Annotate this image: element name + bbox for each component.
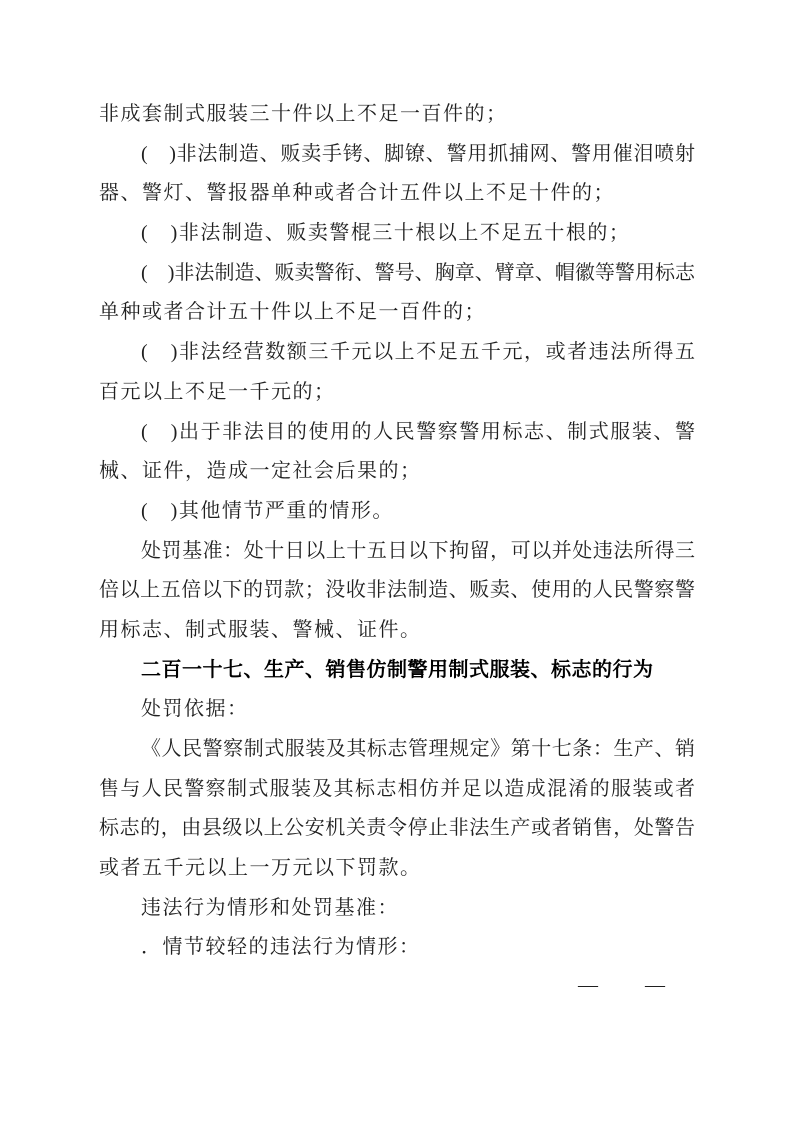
text-line: 售与人民警察制式服装及其标志相仿并足以造成混淆的服装或者 (99, 770, 695, 810)
document-page: 非成套制式服装三十件以上不足一百件的；( )非法制造、贩卖手铐、脚镣、警用抓捕网… (0, 0, 793, 1122)
text-line: ．情节较轻的违法行为情形： (99, 928, 695, 968)
text-line: 处罚基准：处十日以上十五日以下拘留，可以并处违法所得三 (99, 532, 695, 572)
text-line: 单种或者合计五十件以上不足一百件的； (99, 293, 695, 333)
text-line: 处罚依据： (99, 690, 695, 730)
text-line: ( )非法制造、贩卖手铐、脚镣、警用抓捕网、警用催泪喷射 (99, 135, 695, 175)
document-body-text: 非成套制式服装三十件以上不足一百件的；( )非法制造、贩卖手铐、脚镣、警用抓捕网… (99, 95, 695, 968)
text-line: 器、警灯、警报器单种或者合计五件以上不足十件的； (99, 174, 695, 214)
text-line: 用标志、制式服装、警械、证件。 (99, 611, 695, 651)
text-line: 或者五千元以上一万元以下罚款。 (99, 849, 695, 889)
page-footer-dash-right: — (645, 973, 665, 997)
text-line: ( )其他情节严重的情形。 (99, 492, 695, 532)
text-line: 百元以上不足一千元的； (99, 373, 695, 413)
text-line: 标志的，由县级以上公安机关责令停止非法生产或者销售，处警告 (99, 809, 695, 849)
text-line: 械、证件，造成一定社会后果的； (99, 452, 695, 492)
text-line: ( )非法经营数额三千元以上不足五千元，或者违法所得五 (99, 333, 695, 373)
section-heading: 二百一十七、生产、销售仿制警用制式服装、标志的行为 (99, 651, 695, 691)
page-footer-dash-left: — (578, 973, 598, 997)
text-line: ( )出于非法目的使用的人民警察警用标志、制式服装、警 (99, 413, 695, 453)
text-line: 《人民警察制式服装及其标志管理规定》第十七条：生产、销 (99, 730, 695, 770)
text-line: 非成套制式服装三十件以上不足一百件的； (99, 95, 695, 135)
text-line: ( )非法制造、贩卖警衔、警号、胸章、臂章、帽徽等警用标志 (99, 254, 695, 294)
text-line: 倍以上五倍以下的罚款；没收非法制造、贩卖、使用的人民警察警 (99, 571, 695, 611)
text-line: 违法行为情形和处罚基准： (99, 889, 695, 929)
text-line: ( )非法制造、贩卖警棍三十根以上不足五十根的； (99, 214, 695, 254)
